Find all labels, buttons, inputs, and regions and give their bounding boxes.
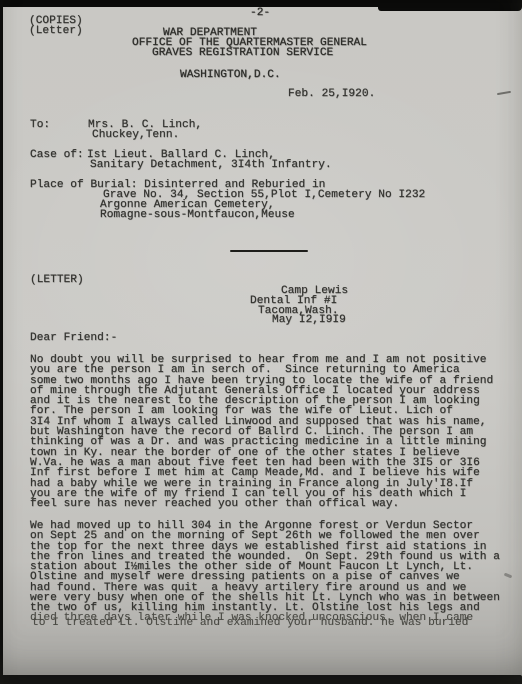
case-unit: Sanitary Detachment, 3I4th Infantry. [90,160,332,170]
ink-smudge [504,573,513,579]
salutation: Dear Friend:- [30,333,117,343]
scan-border-top-right [378,0,522,11]
letter-label: (LETTER) [30,275,84,285]
letter-paragraph-1: No doubt you will be surprised to hear f… [30,355,493,509]
ink-smudge [497,91,511,95]
letter-paragraph-2: We had moved up to hill 304 in the Argon… [30,521,500,614]
scan-border-bottom [0,675,522,684]
burial-line4: Romagne-sous-Montfaucon,Meuse [100,210,295,220]
to-label: To: [30,120,50,130]
scan-border-left [0,0,3,684]
case-of-label: Case of: [30,150,84,160]
letter-origin-date: May I2,I9I9 [272,315,346,325]
letterhead-date: Feb. 25,I920. [288,89,375,99]
section-divider-rule [230,250,308,252]
copies-label-line2: (Letter) [29,25,83,37]
page-number: -2- [250,8,270,18]
copies-label: (COPIES)(Letter) [29,16,83,37]
letterhead-service: GRAVES REGISTRATION SERVICE [152,48,333,58]
text-line: feel sure has never reached you other th… [30,499,493,509]
overlapped-line-2: to I treated Lt. Olstine and examined yo… [32,618,468,628]
letterhead-city: WASHINGTON,D.C. [180,70,281,80]
scanned-letter-page: -2- (COPIES)(Letter) WAR DEPARTMENT OFFI… [0,0,522,684]
to-address: Chuckey,Tenn. [92,130,179,140]
